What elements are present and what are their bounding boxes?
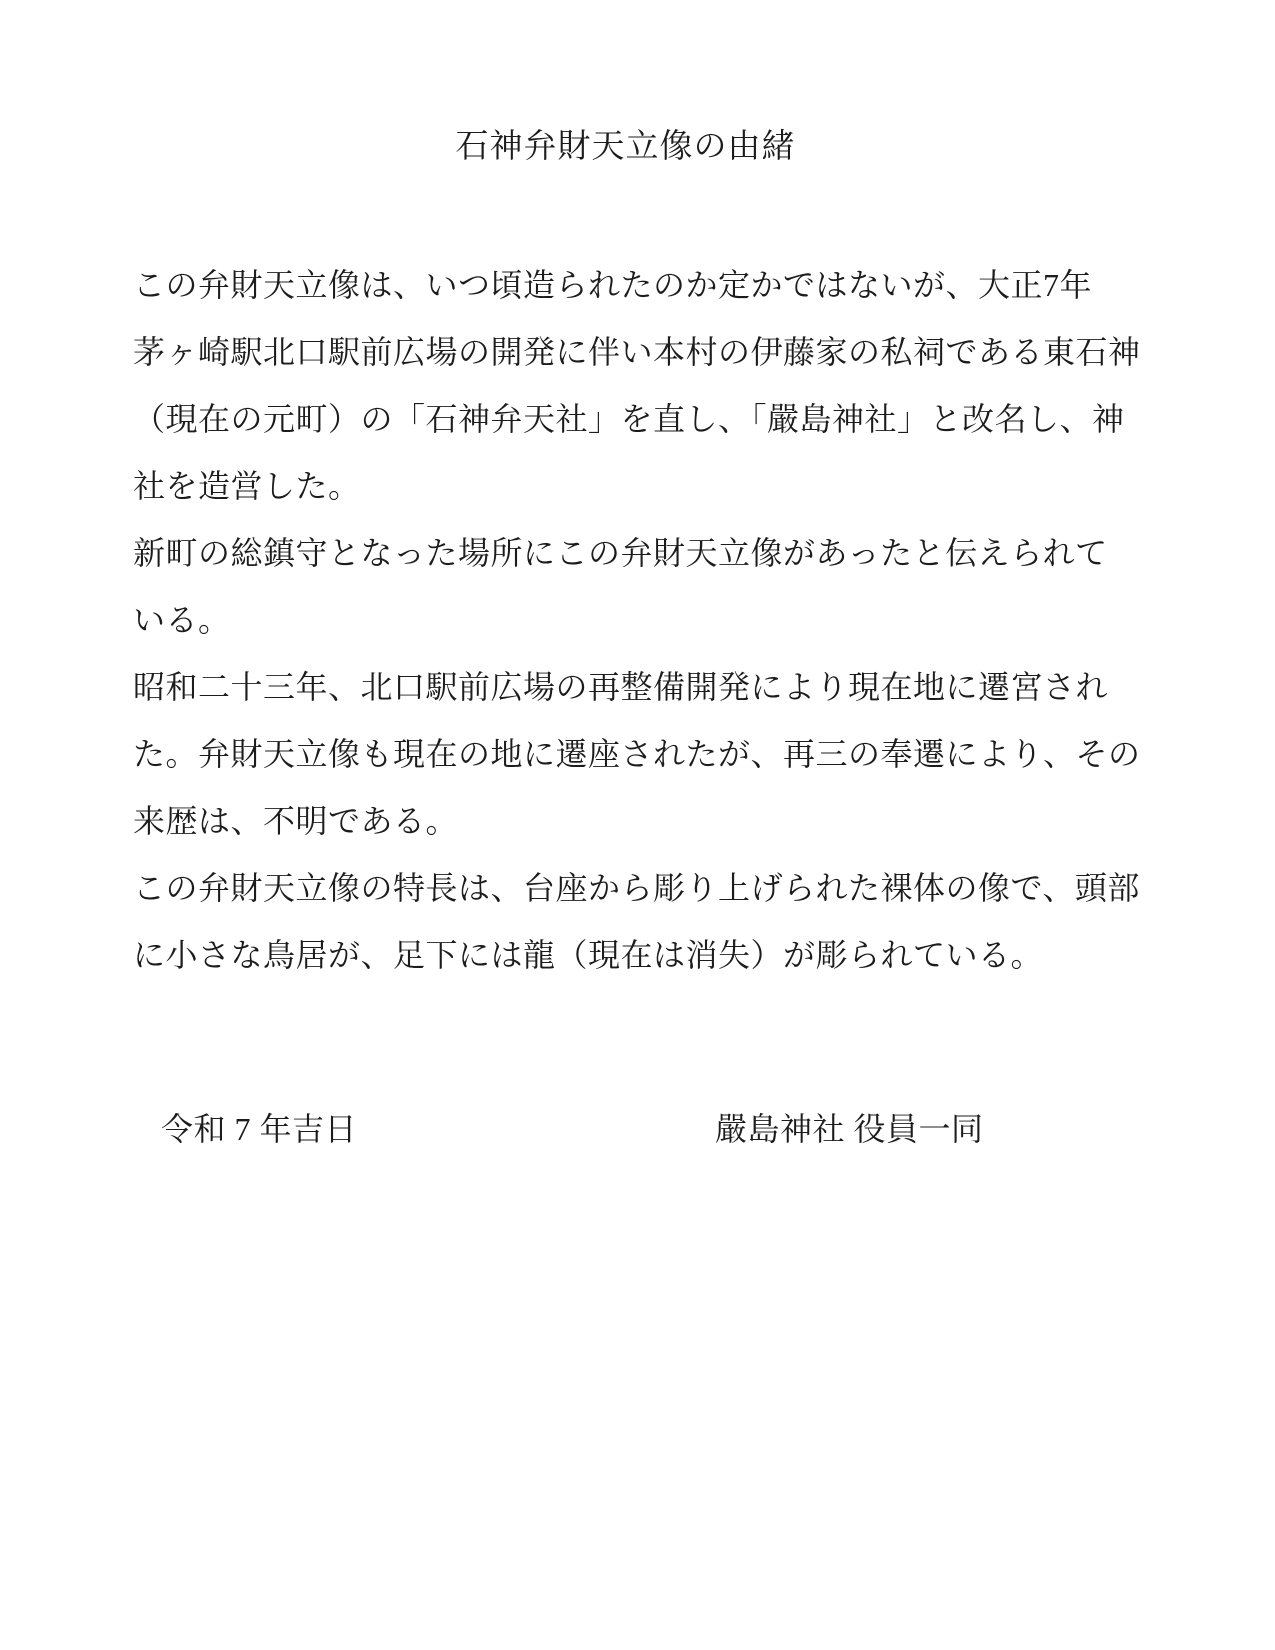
body-line: （現在の元町）の「石神弁天社」を直し、「嚴島神社」と改名し、神 xyxy=(133,386,1143,453)
body-line: 昭和二十三年、北口駅前広場の再整備開発により現在地に遷宮され xyxy=(133,654,1143,721)
body-line: 茅ヶ崎駅北口駅前広場の開発に伴い本村の伊藤家の私祠である東石神 xyxy=(133,319,1143,386)
body-line: 新町の総鎮守となった場所にこの弁財天立像があったと伝えられて xyxy=(133,520,1143,587)
body-line: いる。 xyxy=(133,587,1143,654)
body-line: この弁財天立像の特長は、台座から彫り上げられた裸体の像で、頭部 xyxy=(133,855,1143,922)
body-line: た。弁財天立像も現在の地に遷座されたが、再三の奉遷により、その xyxy=(133,721,1143,788)
body-line: に小さな鳥居が、足下には龍（現在は消失）が彫られている。 xyxy=(133,922,1143,989)
body-line: 社を造営した。 xyxy=(133,453,1143,520)
document-footer: 令和 7 年吉日 嚴島神社 役員一同 xyxy=(133,1096,1145,1163)
body-line: 来歴は、不明である。 xyxy=(133,788,1143,855)
footer-date: 令和 7 年吉日 xyxy=(161,1096,357,1163)
body-line: この弁財天立像は、いつ頃造られたのか定かではないが、大正7年 xyxy=(133,252,1143,319)
document-page: 石神弁財天立像の由緒 この弁財天立像は、いつ頃造られたのか定かではないが、大正7… xyxy=(0,0,1275,1650)
document-title: 石神弁財天立像の由緒 xyxy=(133,128,1118,168)
document-body: この弁財天立像は、いつ頃造られたのか定かではないが、大正7年 茅ヶ崎駅北口駅前広… xyxy=(133,252,1143,989)
footer-signature: 嚴島神社 役員一同 xyxy=(715,1096,984,1163)
